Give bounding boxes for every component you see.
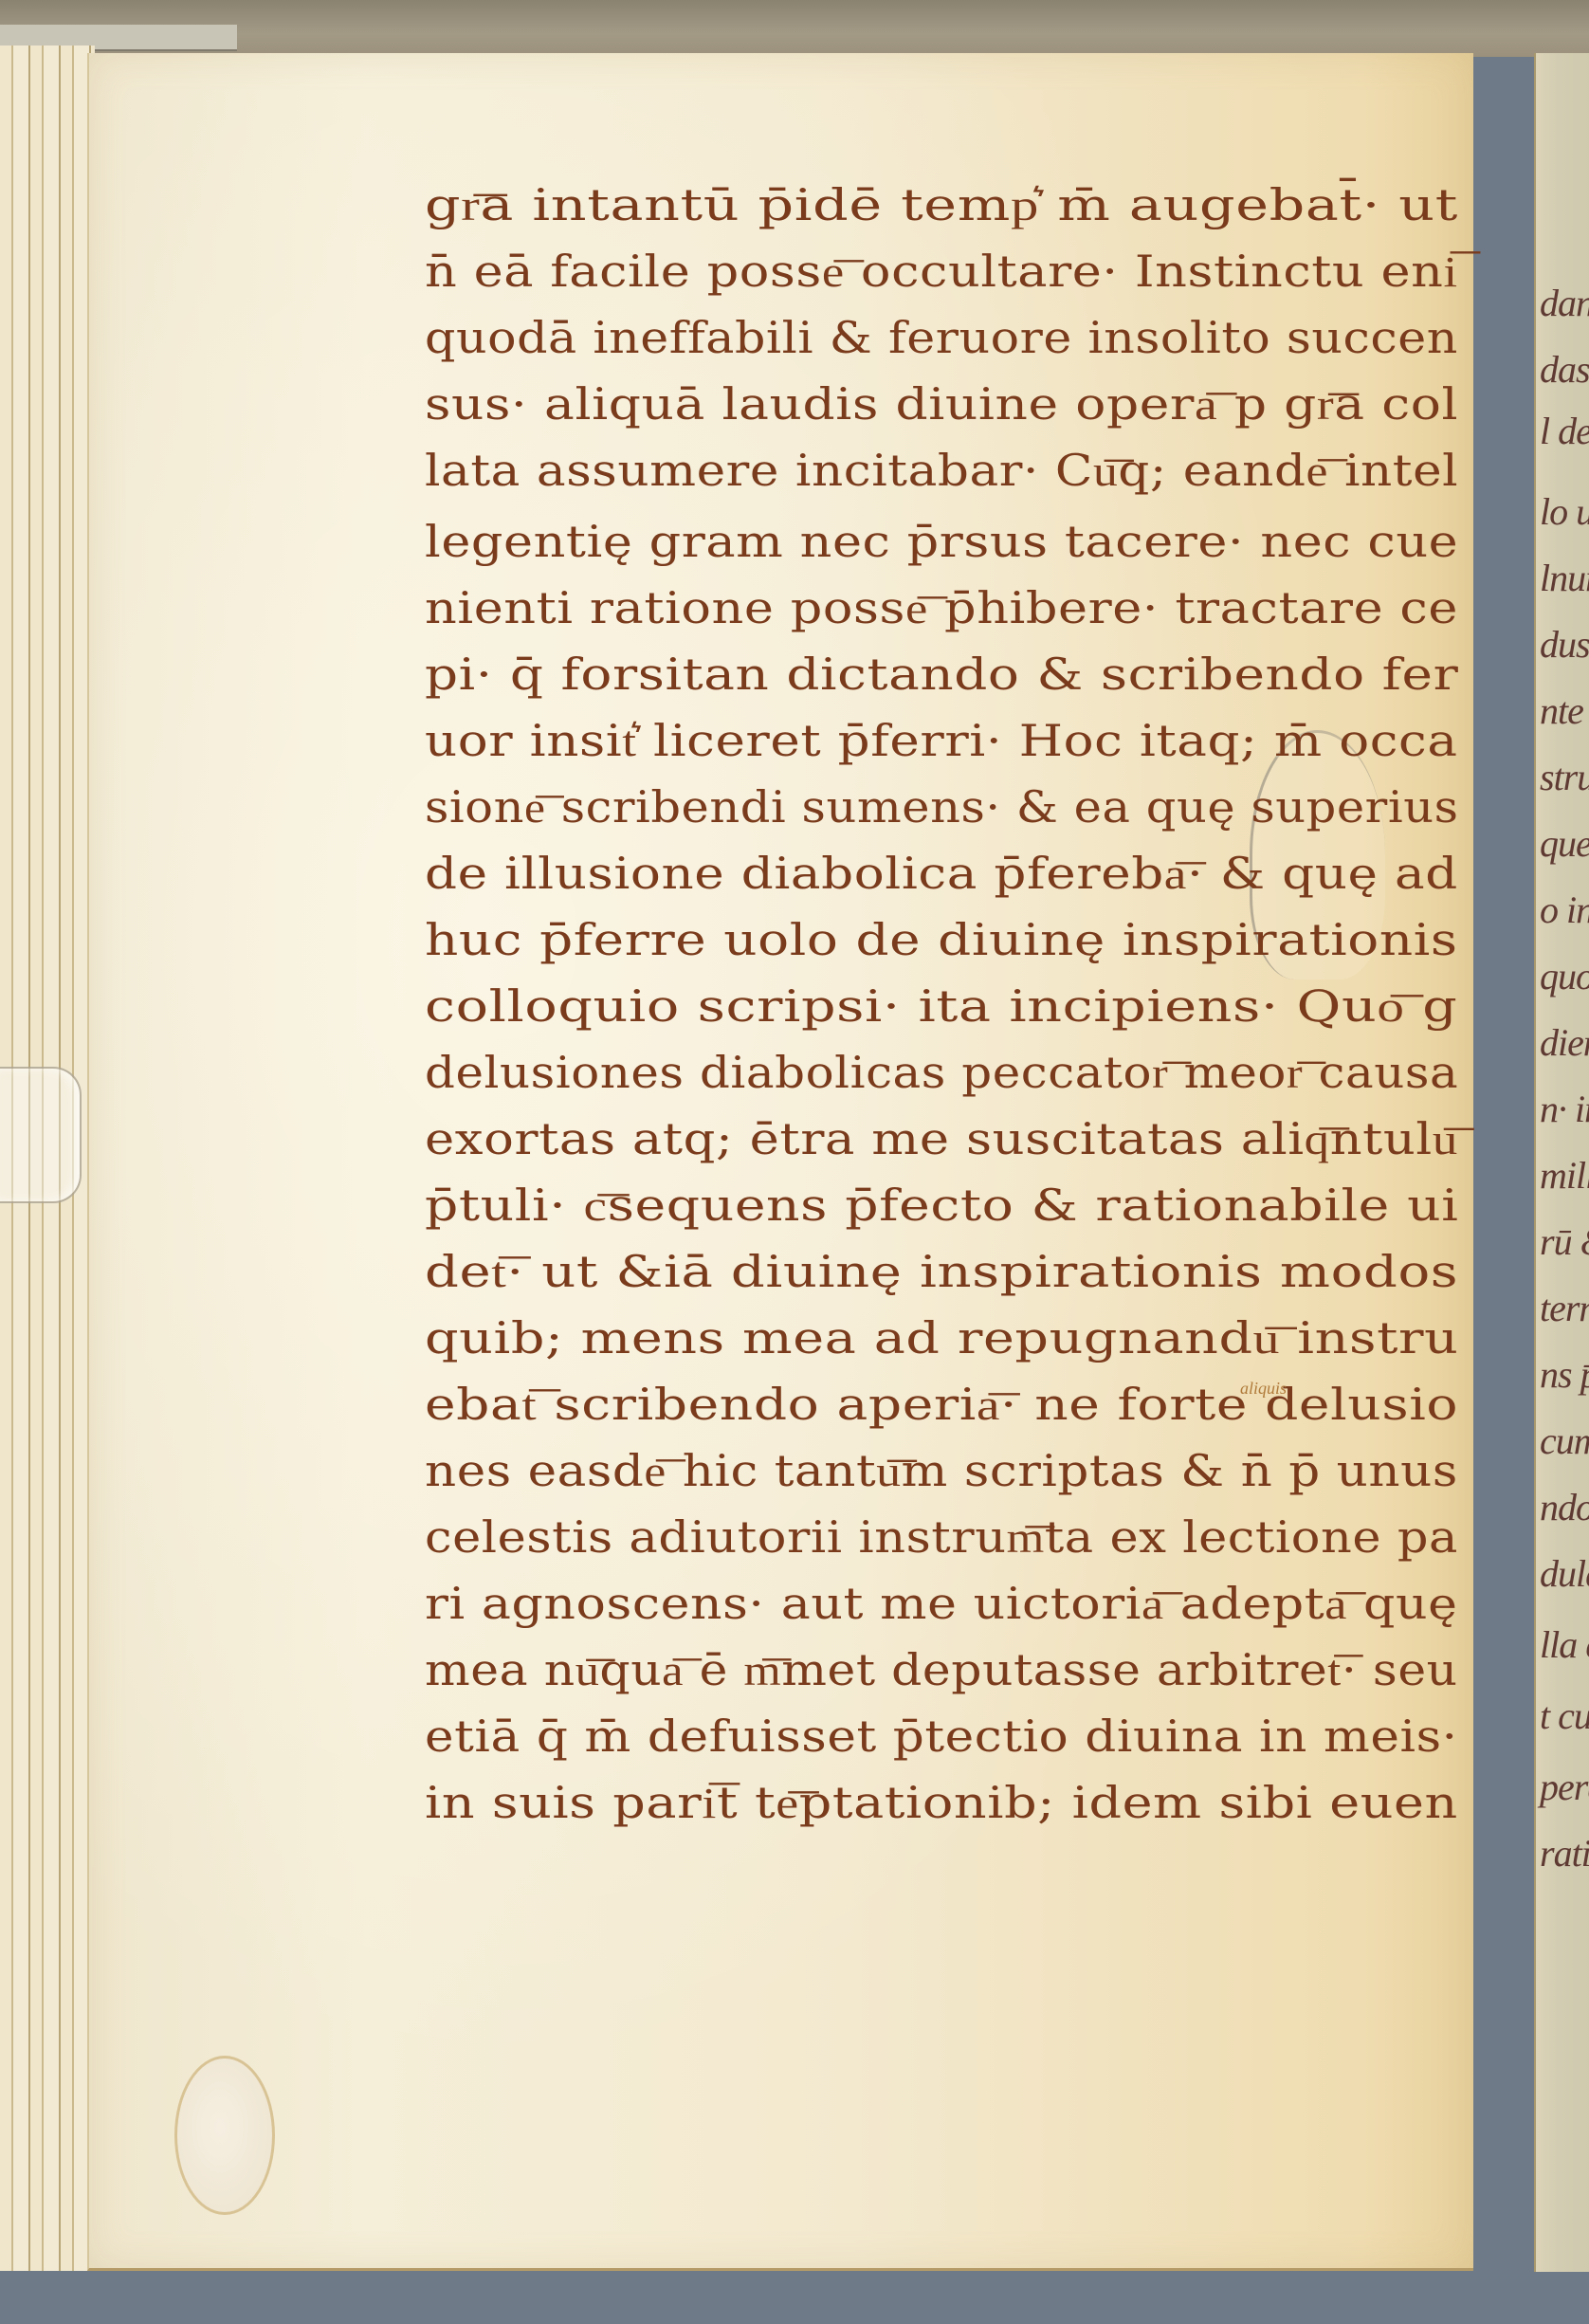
next-leaf-fragment: strum [1540, 755, 1589, 799]
text-line: det͞· ut &iā diuinę inspirationis modos [425, 1243, 1458, 1300]
next-leaf-fragment: t cuilibet u [1540, 1693, 1589, 1738]
next-leaf-fragment: quoda [1540, 954, 1589, 998]
text-line: quodā ineffabili & feruore insolito succ… [425, 309, 1458, 366]
text-line: nes easde͞ hic tantu͞m scriptas & n̄ p̄ … [425, 1442, 1458, 1499]
next-leaf-fragment: nte lu [1540, 688, 1589, 733]
next-leaf-fragment: rū & u [1540, 1219, 1589, 1264]
text-line: mea nu͞qua͞ ē m͞met deputasse arbitret͞·… [425, 1641, 1458, 1698]
next-leaf-fragment: lla cogit [1540, 1622, 1589, 1667]
text-line: etiā q̄ m̄ defuisset p̄tectio diuina in … [425, 1708, 1458, 1765]
book-board-top [0, 0, 1589, 57]
text-line: p̄tuli· c͞sequens p̄fecto & rationabile … [425, 1177, 1458, 1234]
next-leaf-fragment: lnum [1540, 556, 1589, 600]
text-line: sione͞ scribendi sumens· & ea quę superi… [425, 778, 1459, 835]
clasp-icon [0, 1067, 82, 1203]
next-leaf-fragment: l defi [1540, 409, 1589, 453]
text-line: ri agnoscens· aut me uictoria͞ adepta͞ q… [425, 1575, 1458, 1632]
text-line: celestis adiutorii instrum͞ta ex lection… [425, 1509, 1458, 1565]
text-line: nienti ratione posse͞ p̄hibere· tractare… [425, 579, 1458, 636]
next-leaf-fragment: millima [1540, 1153, 1589, 1198]
text-line: de illusione diabolica p̄fereba͞· & quę … [425, 845, 1458, 902]
text-line: sus· aliquā laudis diuine opera͞ p gr͞a … [425, 375, 1458, 432]
text-line: huc p̄ferre uolo de diuinę inspirationis [425, 911, 1458, 968]
next-leaf-fragment: dan [1540, 281, 1589, 325]
next-leaf-fragment: ns p̄nihil [1540, 1352, 1589, 1397]
next-leaf-edge: dan das l defi lo um lnum dus p nte lu s… [1534, 53, 1589, 2272]
interlinear-gloss: aliquis [1240, 1379, 1287, 1399]
text-line: delusiones diabolicas peccator͞ meor͞ ca… [425, 1044, 1458, 1101]
next-leaf-fragment: dulando [1540, 1551, 1589, 1596]
next-leaf-fragment: n· inte [1540, 1087, 1589, 1131]
text-line: n̄ eā facile posse͞ occultare· Instinctu… [425, 243, 1458, 300]
next-leaf-fragment: o in [1540, 888, 1589, 932]
text-line: colloquio scripsi· ita incipiens· Quo͞ g [425, 978, 1457, 1034]
text-line: pi· q̄ forsitan dictando & scribendo fer [425, 646, 1458, 703]
text-line: ebat͞ scribendo aperia͞· ne forte delusi… [425, 1376, 1458, 1433]
text-line: legentię gram nec p̄rsus tacere· nec cue [425, 513, 1458, 570]
next-leaf-fragment: lo um [1540, 489, 1589, 534]
next-leaf-fragment: cumq; t [1540, 1418, 1589, 1463]
next-leaf-fragment: dient [1540, 1020, 1589, 1065]
text-line: gr͞a intantū p̄idē temp͛ m̄ augebat̄· ut [425, 176, 1458, 233]
next-leaf-fragment: dus p [1540, 622, 1589, 667]
text-line: in suis pari͞t te͞ptationib; idem sibi e… [425, 1774, 1458, 1831]
text-line: exortas atq; ētra me suscitatas aliq͞ntu… [425, 1110, 1458, 1167]
next-leaf-fragment: perati ux [1540, 1765, 1589, 1809]
next-leaf-fragment: das [1540, 347, 1589, 392]
next-leaf-fragment: quen [1540, 821, 1589, 866]
text-line: uor insit͛ liceret p̄ferri· Hoc itaq; m̄… [425, 712, 1458, 769]
next-leaf-fragment: ndo· t in [1540, 1485, 1589, 1529]
text-line: lata assumere incitabar· Cu͞q; eande͞ in… [425, 442, 1458, 499]
thumb-tab-icon [174, 2056, 275, 2215]
next-leaf-fragment: terno fo [1540, 1286, 1589, 1330]
next-leaf-fragment: ratione & i [1540, 1831, 1589, 1876]
text-line: quib; mens mea ad repugnandu͞ instru [425, 1309, 1459, 1366]
background-surface [0, 2271, 1589, 2324]
